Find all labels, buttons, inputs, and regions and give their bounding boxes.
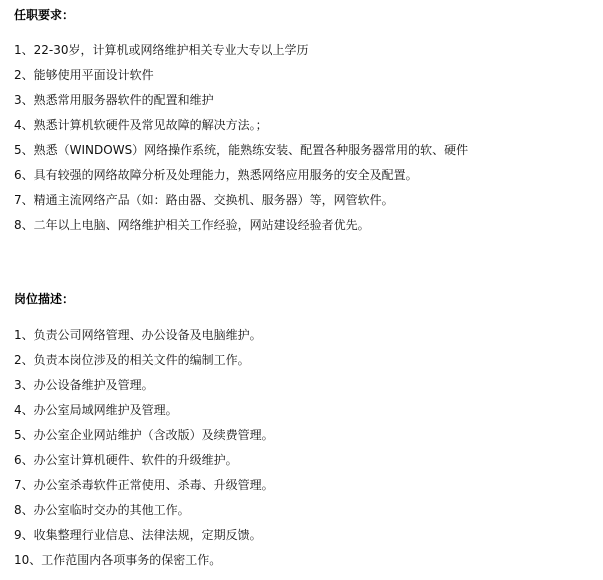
list-item: 10、工作范围内各项事务的保密工作。 xyxy=(14,552,274,577)
list-item: 5、熟悉（WINDOWS）网络操作系统，能熟练安装、配置各种服务器常用的软、硬件 xyxy=(14,142,468,167)
list-item: 3、办公设备维护及管理。 xyxy=(14,377,274,402)
list-item: 7、办公室杀毒软件正常使用、杀毒、升级管理。 xyxy=(14,477,274,502)
list-item: 8、二年以上电脑、网络维护相关工作经验，网站建设经验者优先。 xyxy=(14,217,468,242)
list-item: 1、负责公司网络管理、办公设备及电脑维护。 xyxy=(14,327,274,352)
list-item: 6、办公室计算机硬件、软件的升级维护。 xyxy=(14,452,274,477)
list-item: 9、收集整理行业信息、法律法规，定期反馈。 xyxy=(14,527,274,552)
list-item: 4、办公室局域网维护及管理。 xyxy=(14,402,274,427)
list-item: 3、熟悉常用服务器软件的配置和维护 xyxy=(14,92,468,117)
list-item: 4、熟悉计算机软硬件及常见故障的解决方法。； xyxy=(14,117,468,142)
list-item: 8、办公室临时交办的其他工作。 xyxy=(14,502,274,527)
list-item: 5、办公室企业网站维护（含改版）及续费管理。 xyxy=(14,427,274,452)
requirements-list: 1、22-30岁，计算机或网络维护相关专业大专以上学历 2、能够使用平面设计软件… xyxy=(14,42,468,242)
description-list: 1、负责公司网络管理、办公设备及电脑维护。 2、负责本岗位涉及的相关文件的编制工… xyxy=(14,327,274,577)
section-heading-requirements: 任职要求： xyxy=(14,7,74,23)
list-item: 1、22-30岁，计算机或网络维护相关专业大专以上学历 xyxy=(14,42,468,67)
list-item: 2、负责本岗位涉及的相关文件的编制工作。 xyxy=(14,352,274,377)
section-heading-description: 岗位描述： xyxy=(14,291,74,307)
list-item: 7、精通主流网络产品（如：路由器、交换机、服务器）等，网管软件。 xyxy=(14,192,468,217)
list-item: 6、具有较强的网络故障分析及处理能力，熟悉网络应用服务的安全及配置。 xyxy=(14,167,468,192)
list-item: 2、能够使用平面设计软件 xyxy=(14,67,468,92)
